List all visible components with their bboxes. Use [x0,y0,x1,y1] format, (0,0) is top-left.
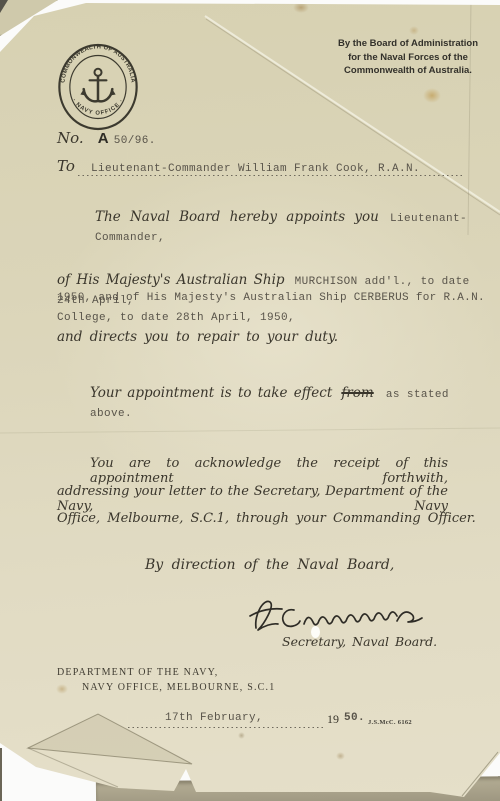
fouled-anchor-icon [80,69,115,102]
reference-number-line: No. A 50/96. [57,128,156,147]
heading-line-2: for the Naval Forces of the [326,51,490,65]
page: COMMONWEALTH OF AUSTRALIA · NAVY OFFICE … [0,0,500,801]
heading-line-3: Commonwealth of Australia. [326,64,490,78]
acknowledge-line-3: Office, Melbourne, S.C.1, through your C… [57,511,476,526]
department-line-2: NAVY OFFICE, MELBOURNE, S.C.1 [82,682,275,693]
effect-printed-text: Your appointment is to take effect [90,385,332,401]
appoint-printed-text: The Naval Board hereby appoints you [95,209,379,225]
ship-typed-text-3: College, to date 28th April, 1950, [57,312,295,324]
date-underline [128,726,324,728]
to-label: To [57,157,75,175]
date-typed: 17th February, [165,712,263,724]
year-printed: 19 [327,712,339,727]
addressee-underline [78,174,462,176]
appointment-line: The Naval Board hereby appoints you Lieu… [95,206,495,244]
age-stain [423,88,441,103]
board-administration-heading: By the Board of Administration for the N… [326,37,490,78]
age-stain [293,2,309,13]
form-code: J.S.McC. 6162 [368,719,412,726]
acknowledge-line-1: You are to acknowledge the receipt of th… [90,456,448,486]
effect-struck-word: from [341,385,373,401]
department-line-1: DEPARTMENT OF THE NAVY, [57,667,218,678]
by-direction-line: By direction of the Naval Board, [145,557,394,573]
take-effect-line: Your appointment is to take effect from … [90,382,490,420]
left-edge-mark [0,748,2,801]
signature-title: Secretary, Naval Board. [282,634,437,649]
addressee-line: To Lieutenant-Commander William Frank Co… [57,156,467,175]
age-stain [238,732,245,739]
year-typed: 50. [344,712,365,724]
ship-printed-text: of His Majesty's Australian Ship [57,272,285,288]
ship-typed-text-2: 1950, and of His Majesty's Australian Sh… [57,292,485,304]
signature-graphic [248,590,426,640]
age-stain [336,752,345,760]
reference-number: 50/96. [114,135,156,147]
heading-line-1: By the Board of Administration [326,37,490,51]
acknowledge-line-2: addressing your letter to the Secretary,… [57,484,448,514]
no-label: No. [57,129,84,147]
age-stain [409,26,419,35]
series-letter-stamp: A [98,130,109,147]
directs-printed-text: and directs you to repair to your duty. [57,329,338,345]
navy-office-seal: COMMONWEALTH OF AUSTRALIA · NAVY OFFICE … [56,42,140,132]
letter-paper: COMMONWEALTH OF AUSTRALIA · NAVY OFFICE … [0,0,500,801]
age-stain [56,684,68,694]
scanned-document-photo: { "seal": { "top_text": "COMMONWEALTH OF… [0,0,500,801]
